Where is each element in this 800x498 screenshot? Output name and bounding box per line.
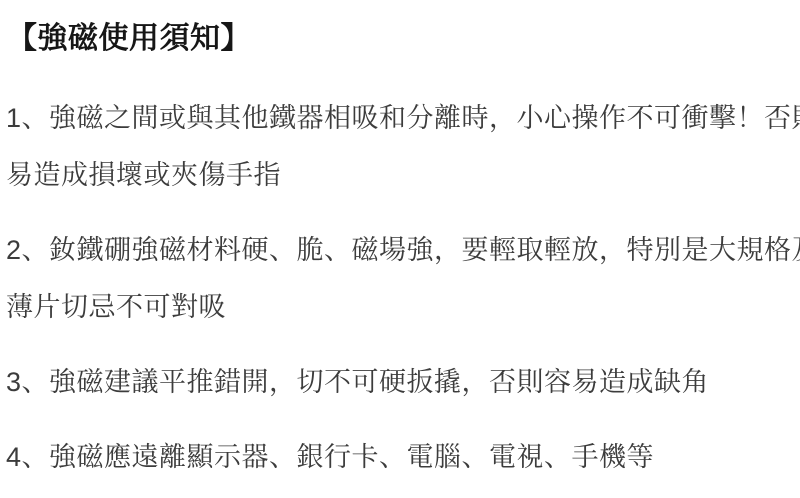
notice-item-1-line-1: 1、強磁之間或與其他鐵器相吸和分離時，小心操作不可衝擊！否則 bbox=[6, 90, 792, 147]
notice-item-3-line-1: 3、強磁建議平推錯開，切不可硬扳撬，否則容易造成缺角 bbox=[6, 354, 792, 411]
notice-item-1-line-2: 易造成損壞或夾傷手指 bbox=[6, 147, 792, 204]
notice-item-4: 4、強磁應遠離顯示器、銀行卡、電腦、電視、手機等 bbox=[6, 429, 792, 486]
notice-document: 【強磁使用須知】 1、強磁之間或與其他鐵器相吸和分離時，小心操作不可衝擊！否則 … bbox=[0, 0, 800, 498]
notice-item-2-line-1: 2、釹鐵硼強磁材料硬、脆、磁場強，要輕取輕放，特別是大規格及 bbox=[6, 222, 792, 279]
notice-item-1: 1、強磁之間或與其他鐵器相吸和分離時，小心操作不可衝擊！否則 易造成損壞或夾傷手… bbox=[6, 90, 792, 204]
notice-item-2-line-2: 薄片切忌不可對吸 bbox=[6, 279, 792, 336]
notice-item-3: 3、強磁建議平推錯開，切不可硬扳撬，否則容易造成缺角 bbox=[6, 354, 792, 411]
notice-title: 【強磁使用須知】 bbox=[7, 20, 792, 58]
notice-item-2: 2、釹鐵硼強磁材料硬、脆、磁場強，要輕取輕放，特別是大規格及 薄片切忌不可對吸 bbox=[6, 222, 792, 336]
notice-item-4-line-1: 4、強磁應遠離顯示器、銀行卡、電腦、電視、手機等 bbox=[6, 429, 792, 486]
